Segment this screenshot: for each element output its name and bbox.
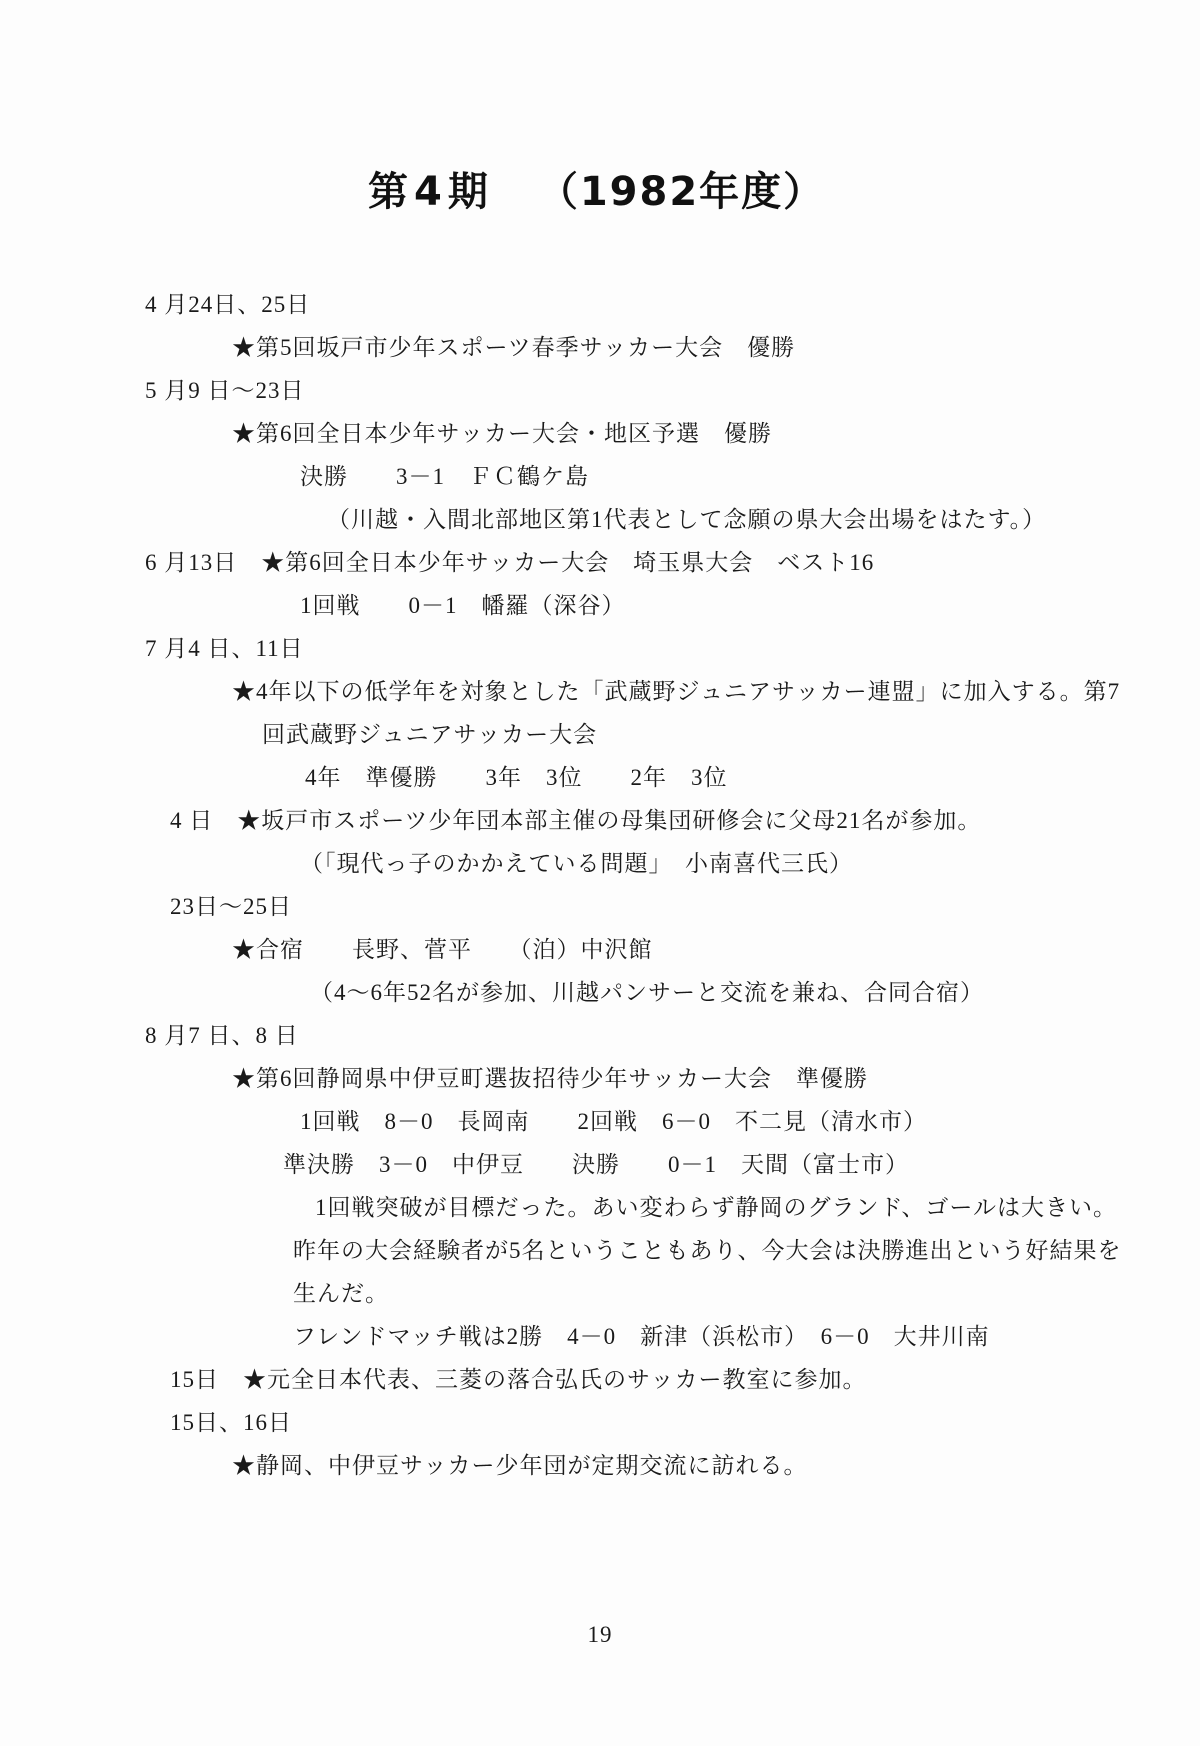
document-line: （「現代っ子のかかえている問題」 小南喜代三氏）	[300, 848, 853, 880]
document-line: （川越・入間北部地区第1代表として念願の県大会出場をはたす。）	[327, 504, 1046, 536]
document-line: フレンドマッチ戦は2勝 4－0 新津（浜松市） 6－0 大井川南	[293, 1321, 990, 1353]
document-line: 5 月9 日～23日	[145, 375, 305, 407]
page-title-term: 第4期	[368, 169, 494, 215]
document-line: 4年 準優勝 3年 3位 2年 3位	[305, 762, 728, 794]
document-line: ★第6回静岡県中伊豆町選抜招待少年サッカー大会 準優勝	[232, 1063, 868, 1095]
document-line: 1回戦突破が目標だった。あい変わらず静岡のグランド、ゴールは大きい。	[315, 1192, 1117, 1224]
document-line: ★第6回全日本少年サッカー大会・地区予選 優勝	[232, 418, 772, 450]
document-line: 準決勝 3－0 中伊豆 決勝 0－1 天間（富士市）	[283, 1149, 909, 1181]
document-line: 決勝 3－1 ＦＣ鶴ケ島	[300, 461, 589, 493]
page-number: 19	[0, 1622, 1200, 1648]
document-line: 1回戦 8－0 長岡南 2回戦 6－0 不二見（清水市）	[300, 1106, 927, 1138]
document-line: 1回戦 0－1 幡羅（深谷）	[300, 590, 626, 622]
document-line: ★第5回坂戸市少年スポーツ春季サッカー大会 優勝	[232, 332, 795, 364]
document-line: 7 月4 日、11日	[145, 633, 304, 665]
document-line: 4 日 ★坂戸市スポーツ少年団本部主催の母集団研修会に父母21名が参加。	[170, 805, 981, 837]
page-title: 第4期（1982年度）	[368, 160, 825, 217]
page-title-year: （1982年度）	[538, 169, 825, 215]
document-line: 生んだ。	[293, 1278, 389, 1310]
document-line: 4 月24日、25日	[145, 289, 310, 321]
document-line: ★4年以下の低学年を対象とした「武蔵野ジュニアサッカー連盟」に加入する。第7	[232, 676, 1120, 708]
document-line: 8 月7 日、8 日	[145, 1020, 299, 1052]
document-line: 6 月13日 ★第6回全日本少年サッカー大会 埼玉県大会 ベスト16	[145, 547, 874, 579]
document-line: 15日 ★元全日本代表、三菱の落合弘氏のサッカー教室に参加。	[170, 1364, 867, 1396]
document-line: 23日～25日	[170, 891, 292, 923]
scanned-document-page: 第4期（1982年度） 4 月24日、25日 ★第5回坂戸市少年スポーツ春季サッ…	[0, 0, 1200, 1746]
document-line: 回武蔵野ジュニアサッカー大会	[262, 719, 597, 751]
document-line: ★合宿 長野、菅平 （泊）中沢館	[232, 934, 653, 966]
document-line: 昨年の大会経験者が5名ということもあり、今大会は決勝進出という好結果を	[293, 1235, 1122, 1267]
document-line: （4～6年52名が参加、川越パンサーと交流を兼ね、合同合宿）	[310, 977, 984, 1009]
document-line: 15日、16日	[170, 1407, 292, 1439]
document-line: ★静岡、中伊豆サッカー少年団が定期交流に訪れる。	[232, 1450, 808, 1482]
